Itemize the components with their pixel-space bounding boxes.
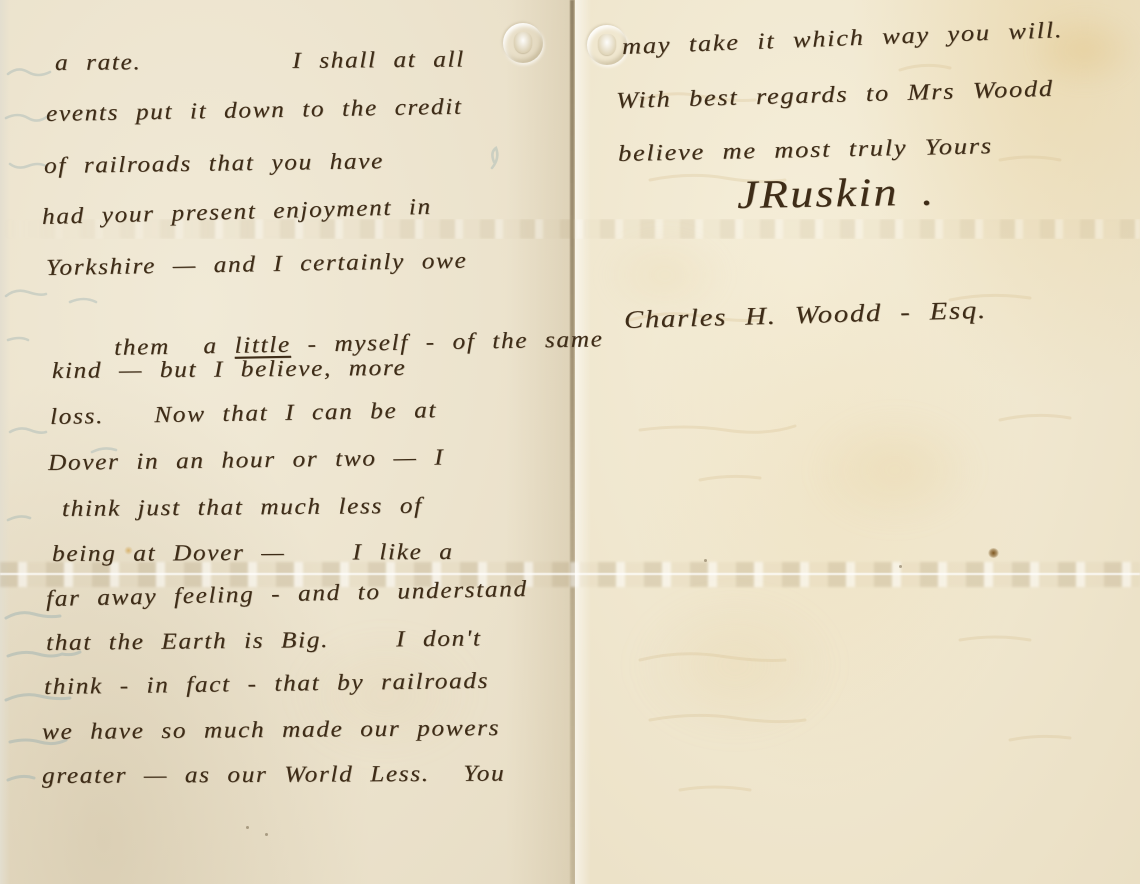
dust-speck	[246, 826, 249, 829]
ink-spot-stain	[988, 548, 999, 558]
handwritten-line: think - in fact - that by railroads	[44, 666, 490, 702]
handwritten-line: being at Dover — I like a	[52, 537, 454, 569]
handwritten-line: Dover in an hour or two — I	[48, 442, 445, 478]
line-text: - myself - of the same	[291, 326, 604, 356]
handwritten-line: a rate. I shall at all	[55, 44, 465, 78]
handwritten-line: of railroads that you have	[44, 146, 384, 181]
signature: JRuskin .	[737, 177, 936, 210]
handwritten-line: we have so much made our powers	[42, 713, 500, 747]
dust-speck	[265, 833, 268, 836]
embossed-seal-left	[503, 23, 543, 63]
dust-speck	[899, 565, 902, 568]
handwritten-line: kind — but I believe, more	[52, 353, 407, 386]
handwritten-line: greater — as our World Less. You	[42, 759, 505, 791]
center-fold-line	[570, 0, 574, 884]
paper-stain	[810, 410, 980, 530]
handwritten-line: think just that much less of	[62, 491, 423, 524]
dust-speck	[704, 559, 707, 562]
horizontal-crease-lower-highlight	[0, 573, 1140, 575]
paper-stain	[630, 590, 840, 740]
handwritten-line: that the Earth is Big. I don't	[46, 623, 482, 658]
letter-scan: a rate. I shall at all events put it dow…	[0, 0, 1140, 884]
